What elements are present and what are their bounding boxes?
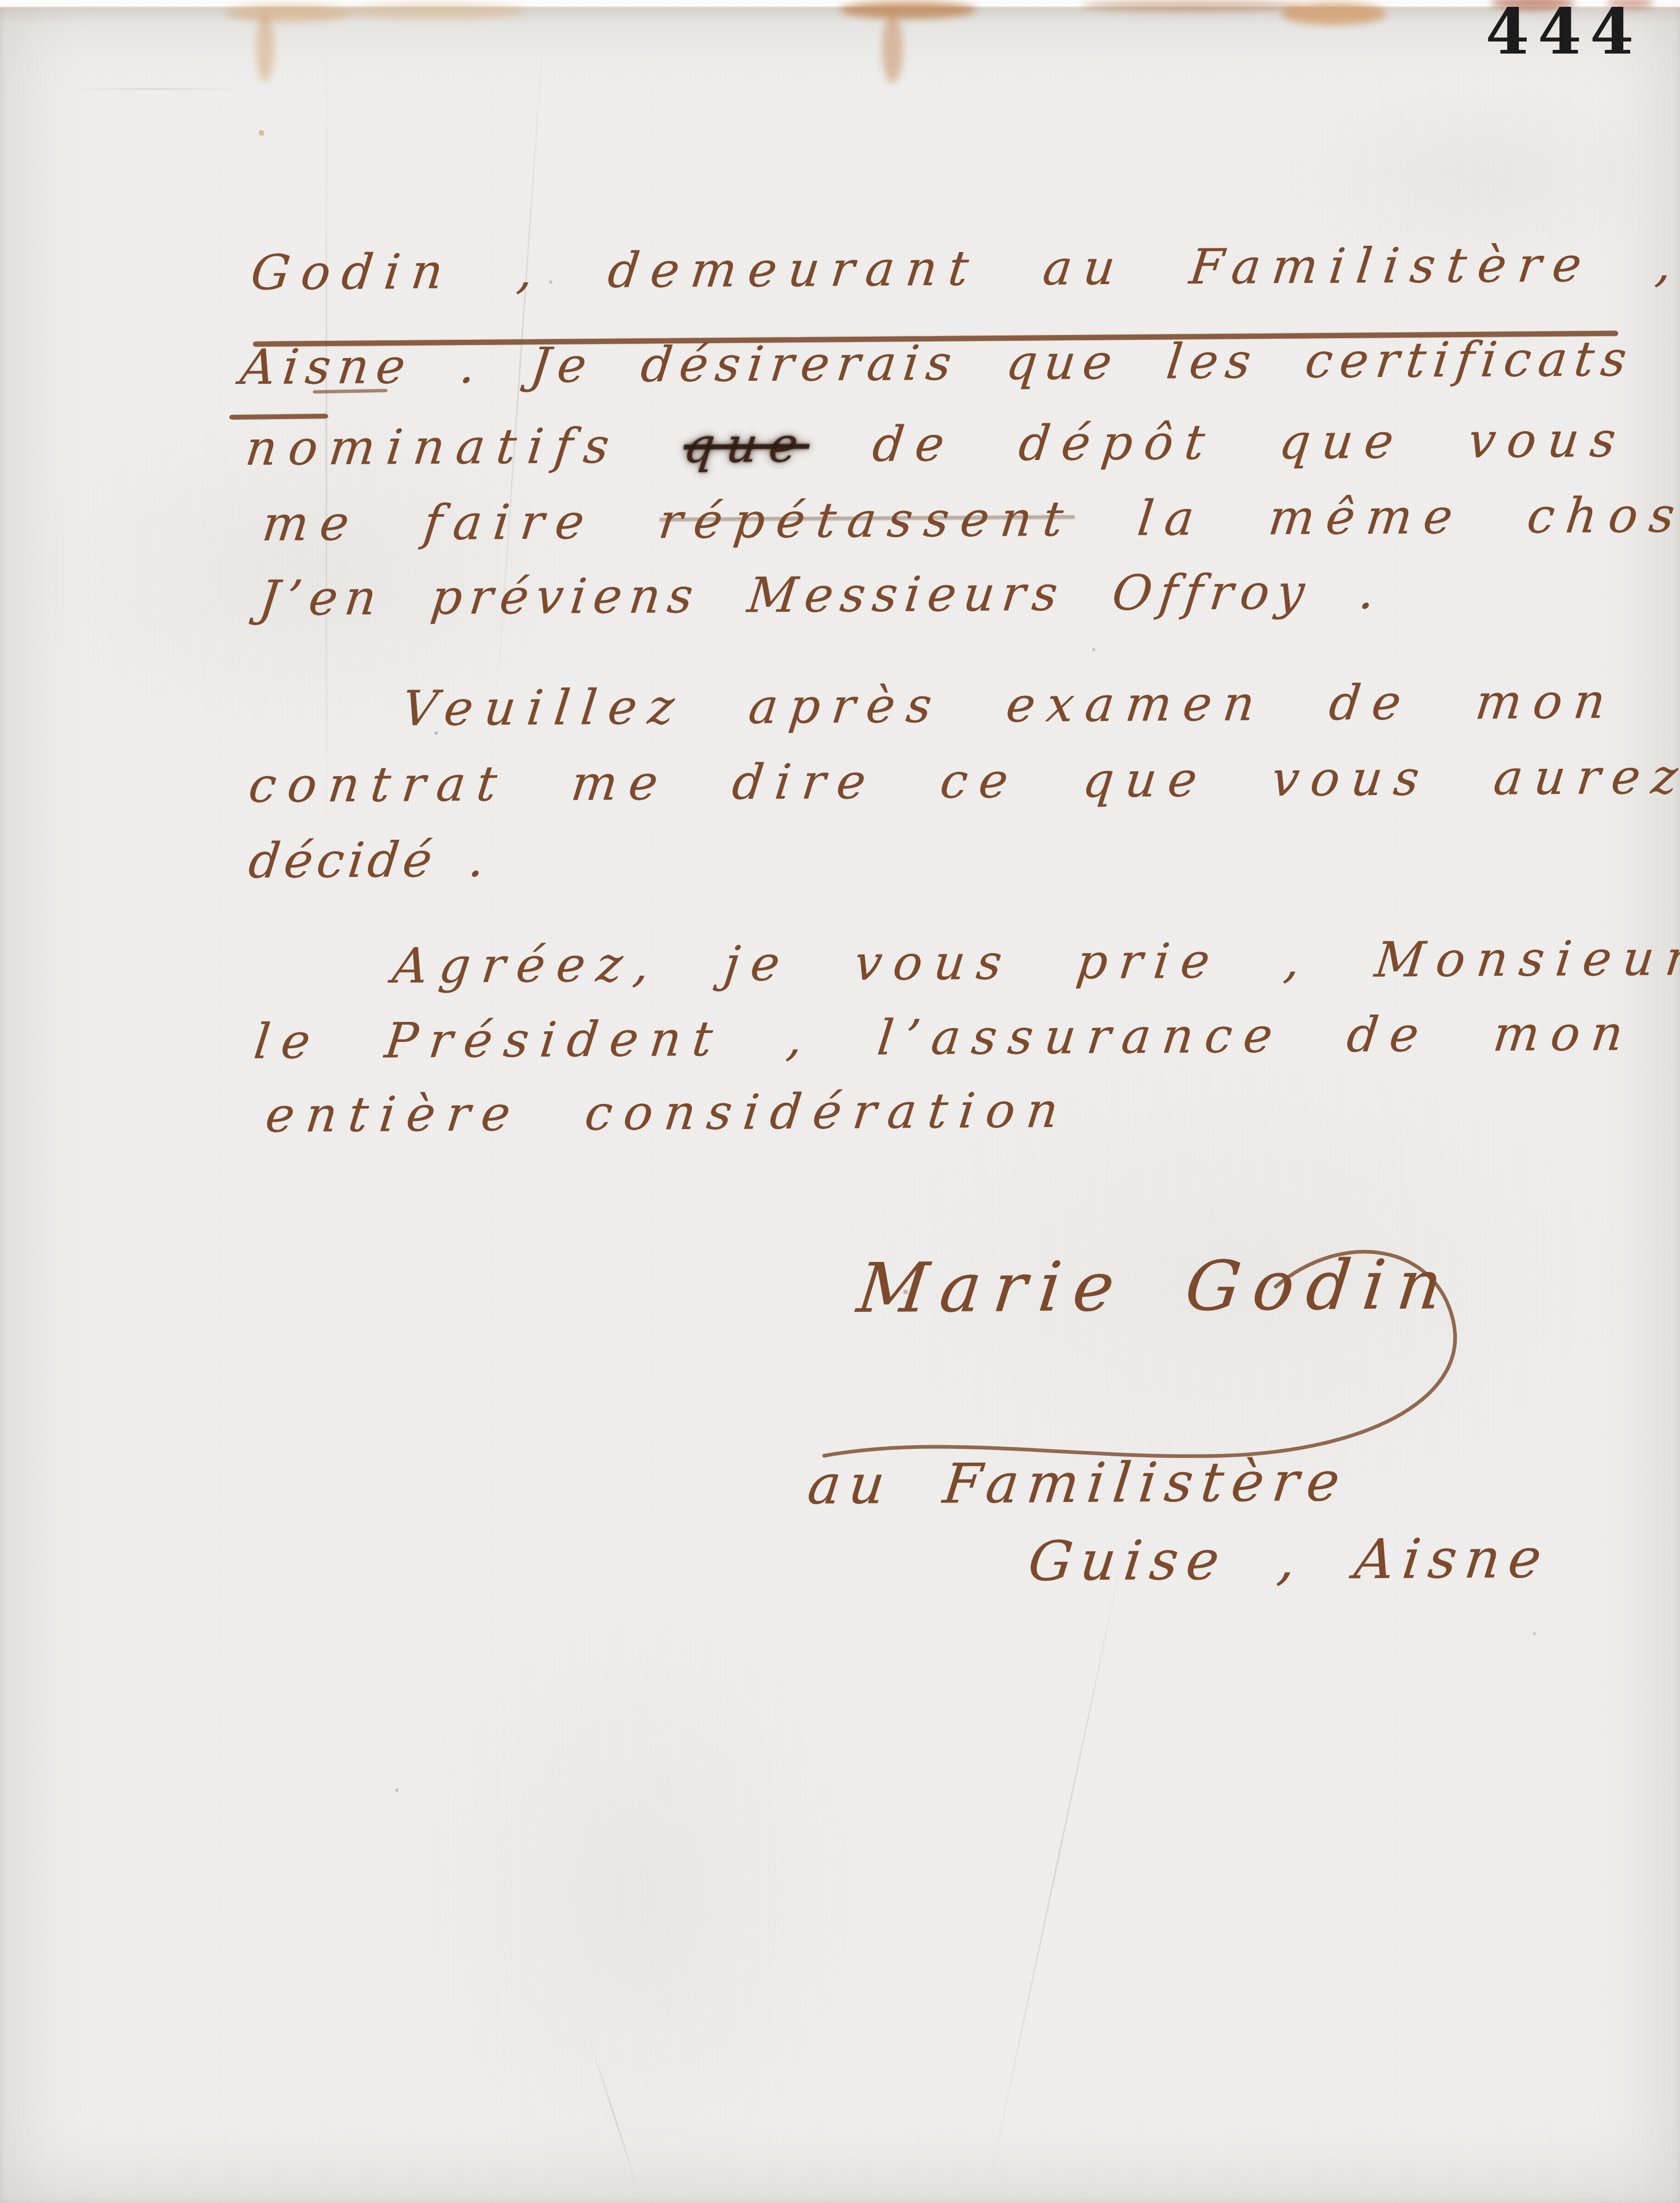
struck-word: que — [681, 416, 813, 474]
page-number: 444 — [1486, 0, 1643, 69]
rust-stain — [1281, 2, 1386, 25]
letter-line: Agréez, je vous prie , Monsieur — [390, 928, 1680, 996]
letter-line: entière considération — [262, 1080, 1073, 1145]
letter-line: le Président , l’assurance de mon — [251, 1003, 1638, 1072]
letter-line: nominatifs que de dépôt que vous allez — [243, 408, 1680, 478]
signature-address-line: Guise , Aisne — [1025, 1524, 1553, 1595]
signature-address-line: au Familistère — [804, 1447, 1352, 1519]
letter-line: Aisne . Je désirerais que les certificat… — [237, 329, 1637, 398]
letter-line: contrat me dire ce que vous aurez — [246, 746, 1680, 816]
paper-crease — [68, 88, 241, 90]
rust-stain — [1081, 0, 1302, 12]
letter-line: J’en préviens Messieurs Offroy . — [256, 561, 1385, 629]
letter-line: décidé . — [246, 829, 492, 891]
line-segment: de dépôt que vous allez — [870, 410, 1680, 473]
paper-crease — [588, 2038, 642, 2198]
rust-stain — [346, 3, 525, 19]
paper-crease — [987, 1523, 1130, 2191]
rust-stain — [840, 1, 976, 19]
line-segment: nominatifs — [243, 418, 624, 476]
letter-line: me faire répétassent la même chose . — [259, 484, 1680, 554]
letter-line: Godin , demeurant au Familistère , Guise — [248, 232, 1680, 303]
scanned-letter-page: 444 Godin , demeurant au Familistère , G… — [0, 0, 1680, 2203]
lightly-struck-word: répétassent — [656, 490, 1077, 549]
dust-specks — [0, 0, 1, 1]
rust-stain — [882, 15, 903, 83]
signature-flourish — [787, 1208, 1522, 1481]
line-segment: la même chose . — [1135, 486, 1680, 547]
line-segment: me faire — [259, 494, 598, 552]
rust-stain — [226, 4, 352, 22]
rust-stain — [256, 14, 274, 82]
letter-line: Veuillez après examen de mon — [399, 671, 1620, 739]
